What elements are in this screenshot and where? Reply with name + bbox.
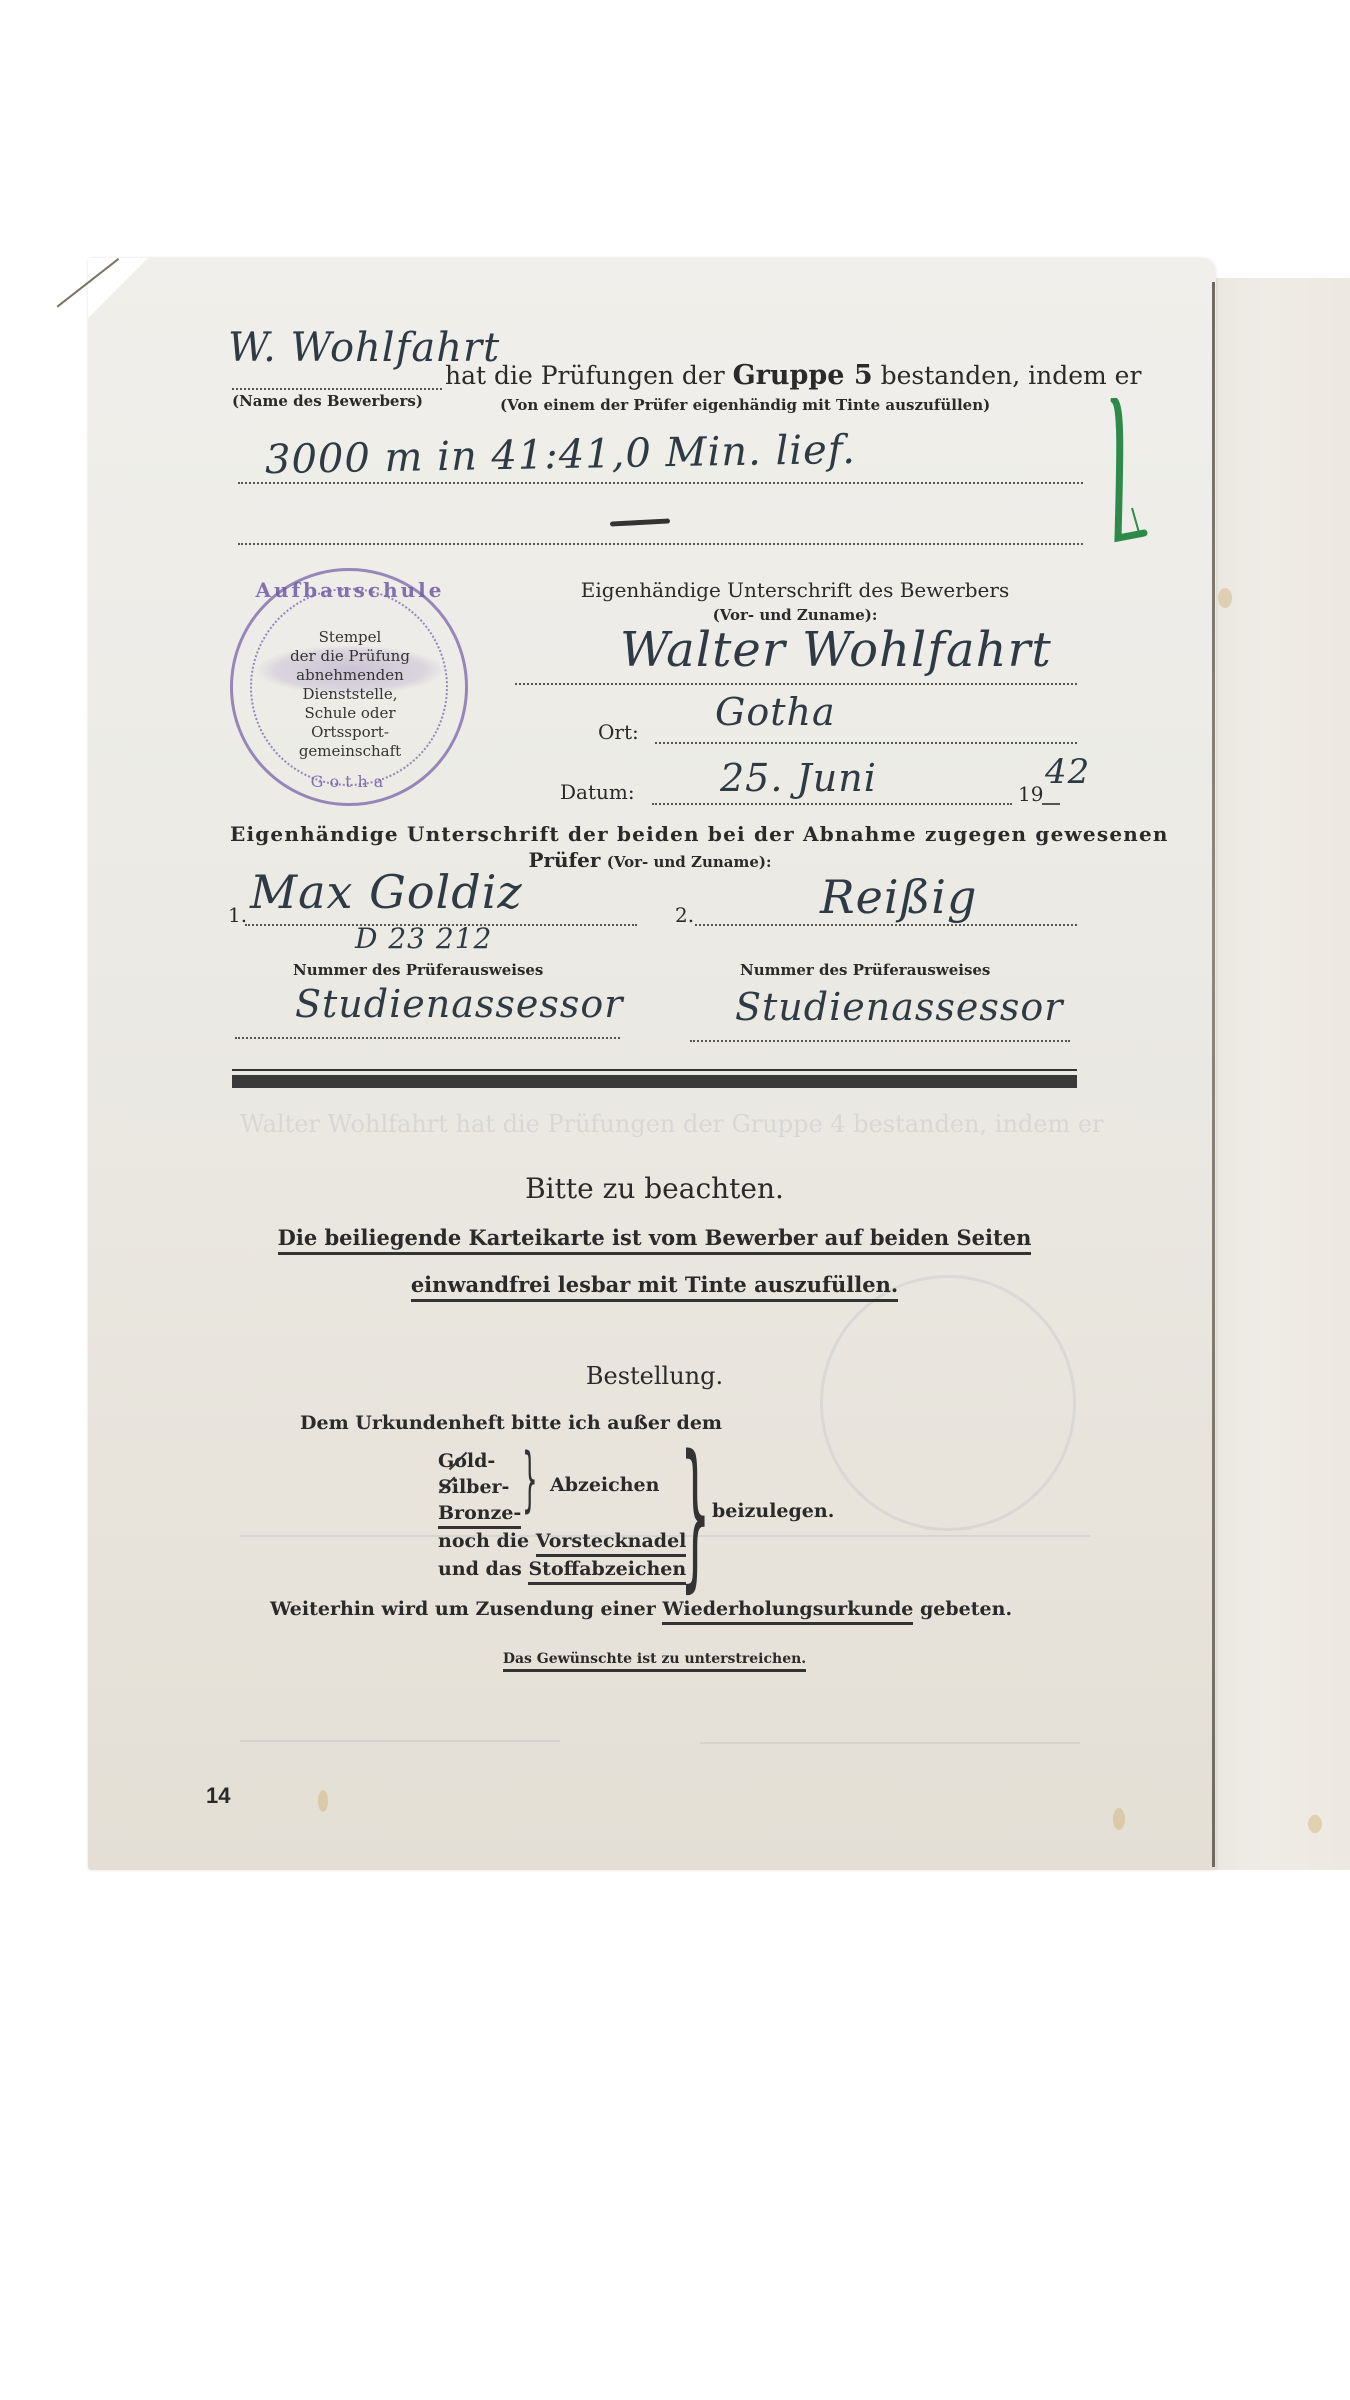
notice-line1-wrap: Die beiliegende Karteikarte ist vom Bewe… [232,1225,1077,1250]
examiner2-title-handwritten: Studienassessor [735,985,1063,1029]
date-label: Datum: [560,780,635,804]
examiner1-title-line [235,1037,620,1039]
result-text-end: bestanden, indem er [881,361,1142,390]
group-label: Gruppe 5 [733,360,873,391]
examiner2-title-line [690,1040,1070,1042]
examiners-label-line1: Eigenhändige Unterschrift der beiden bei… [230,822,1169,846]
bleed-through-text: Walter Wohlfahrt hat die Prüfungen der G… [240,1110,1104,1138]
option-bronze[interactable]: Bronze- [438,1500,521,1526]
facing-page [1205,278,1350,1870]
examiner1-id-handwritten: D 23 212 [355,922,492,955]
notice-heading: Bitte zu beachten. [232,1172,1077,1205]
examiners-sublabel: (Vor- und Zuname): [607,853,772,871]
folded-corner [88,258,148,318]
stamp-line: abnehmenden [262,666,438,685]
name-field-line [232,388,442,390]
year-prefix: 19 [1018,782,1043,806]
applicant-signature-line [515,683,1077,685]
brace-large-icon: } [680,1434,711,1594]
stamp-line: Ortssport- [262,723,438,742]
stain [1308,1815,1322,1833]
examiner2-id-caption: Nummer des Prüferausweises [740,961,990,979]
name-caption: (Name des Bewerbers) [232,392,423,410]
result-sentence: hat die Prüfungen der Gruppe 5 bestanden… [445,360,1141,391]
pin-cloth-rows: noch die Vorstecknadel und das Stoffabze… [438,1527,686,1583]
stain [318,1790,328,1812]
examiners-label-word: Prüfer [528,848,600,872]
place-value-handwritten: Gotha [715,690,836,734]
row-pin-prefix: noch die [438,1530,529,1552]
result-text: hat die Prüfungen der [445,361,725,390]
stamp-line: Stempel [262,628,438,647]
examiner1-signature-handwritten: Max Goldiz [250,865,523,919]
attach-text: beizulegen. [712,1500,834,1522]
place-label: Ort: [598,720,639,744]
stamp-line: Schule oder [262,704,438,723]
page-gutter [1212,282,1215,1867]
achievement-line-1 [238,482,1083,484]
option-pin[interactable]: Vorstecknadel [536,1530,687,1557]
document-page [88,258,1216,1870]
stain [1113,1808,1125,1830]
option-bronze-label: Bronze- [438,1502,521,1529]
year-line [1042,803,1060,805]
stamp-top-text: Aufbauschule [250,578,450,602]
notice-line1: Die beiliegende Karteikarte ist vom Bewe… [278,1225,1032,1255]
stamp-inner-text: Stempel der die Prüfung abnehmenden Dien… [262,628,438,761]
stamp-bottom-text: Gotha [300,772,400,791]
applicant-signature-handwritten: Walter Wohlfahrt [620,622,1052,678]
notice-line2-wrap: einwandfrei lesbar mit Tinte auszufüllen… [232,1272,1077,1297]
examiner2-number: 2. [675,903,694,927]
examiner-fill-caption: (Von einem der Prüfer eigenhändig mit Ti… [500,396,990,414]
repeat-suffix: gebeten. [920,1598,1012,1620]
page-number: 14 [206,1783,230,1809]
achievement-line-2 [238,543,1083,545]
option-silver[interactable]: Silber- [438,1474,521,1500]
order-intro: Dem Urkundenheft bitte ich außer dem [300,1412,722,1434]
year-suffix-handwritten: 42 [1045,752,1090,792]
repeat-prefix: Weiterhin wird um Zusendung einer [270,1598,656,1620]
examiner1-id-caption: Nummer des Prüferausweises [293,961,543,979]
separator-thin-rule [232,1069,1077,1071]
option-cloth-badge[interactable]: Stoffabzeichen [528,1558,686,1585]
repeat-request: Weiterhin wird um Zusendung einer Wieder… [270,1598,1012,1620]
bleed-through-line [700,1742,1080,1744]
stamp-line: Dienststelle, [262,685,438,704]
footnote-wrap: Das Gewünschte ist zu unterstreichen. [232,1648,1077,1667]
date-value-handwritten: 25. Juni [720,756,877,800]
order-heading: Bestellung. [232,1362,1077,1390]
examiner2-signature-line [695,924,1077,926]
notice-line2: einwandfrei lesbar mit Tinte auszufüllen… [411,1272,898,1302]
row-cloth: und das Stoffabzeichen [438,1555,686,1583]
place-line [655,742,1077,744]
brace-small-icon: } [522,1444,538,1514]
row-pin: noch die Vorstecknadel [438,1527,686,1555]
row-cloth-prefix: und das [438,1558,522,1580]
badge-word: Abzeichen [550,1474,659,1496]
stamp-line: der die Prüfung [262,647,438,666]
examiner2-signature-handwritten: Reißig [820,870,977,924]
bleed-through-stamp [820,1275,1076,1531]
date-line [652,803,1012,805]
separator-thick-rule [232,1075,1077,1088]
bleed-through-line [240,1740,560,1742]
badge-options: Gold- Silber- Bronze- [438,1448,521,1526]
option-gold[interactable]: Gold- [438,1448,521,1474]
stain [1218,588,1232,608]
option-repeat-certificate[interactable]: Wiederholungsurkunde [662,1598,913,1625]
stamp-line: gemeinschaft [262,742,438,761]
applicant-signature-label: Eigenhändige Unterschrift des Bewerbers [515,578,1075,602]
green-check-mark-icon [1108,398,1148,548]
examiner1-title-handwritten: Studienassessor [295,982,623,1026]
footnote: Das Gewünschte ist zu unterstreichen. [503,1651,806,1672]
option-silver-label: Silber- [438,1476,509,1498]
